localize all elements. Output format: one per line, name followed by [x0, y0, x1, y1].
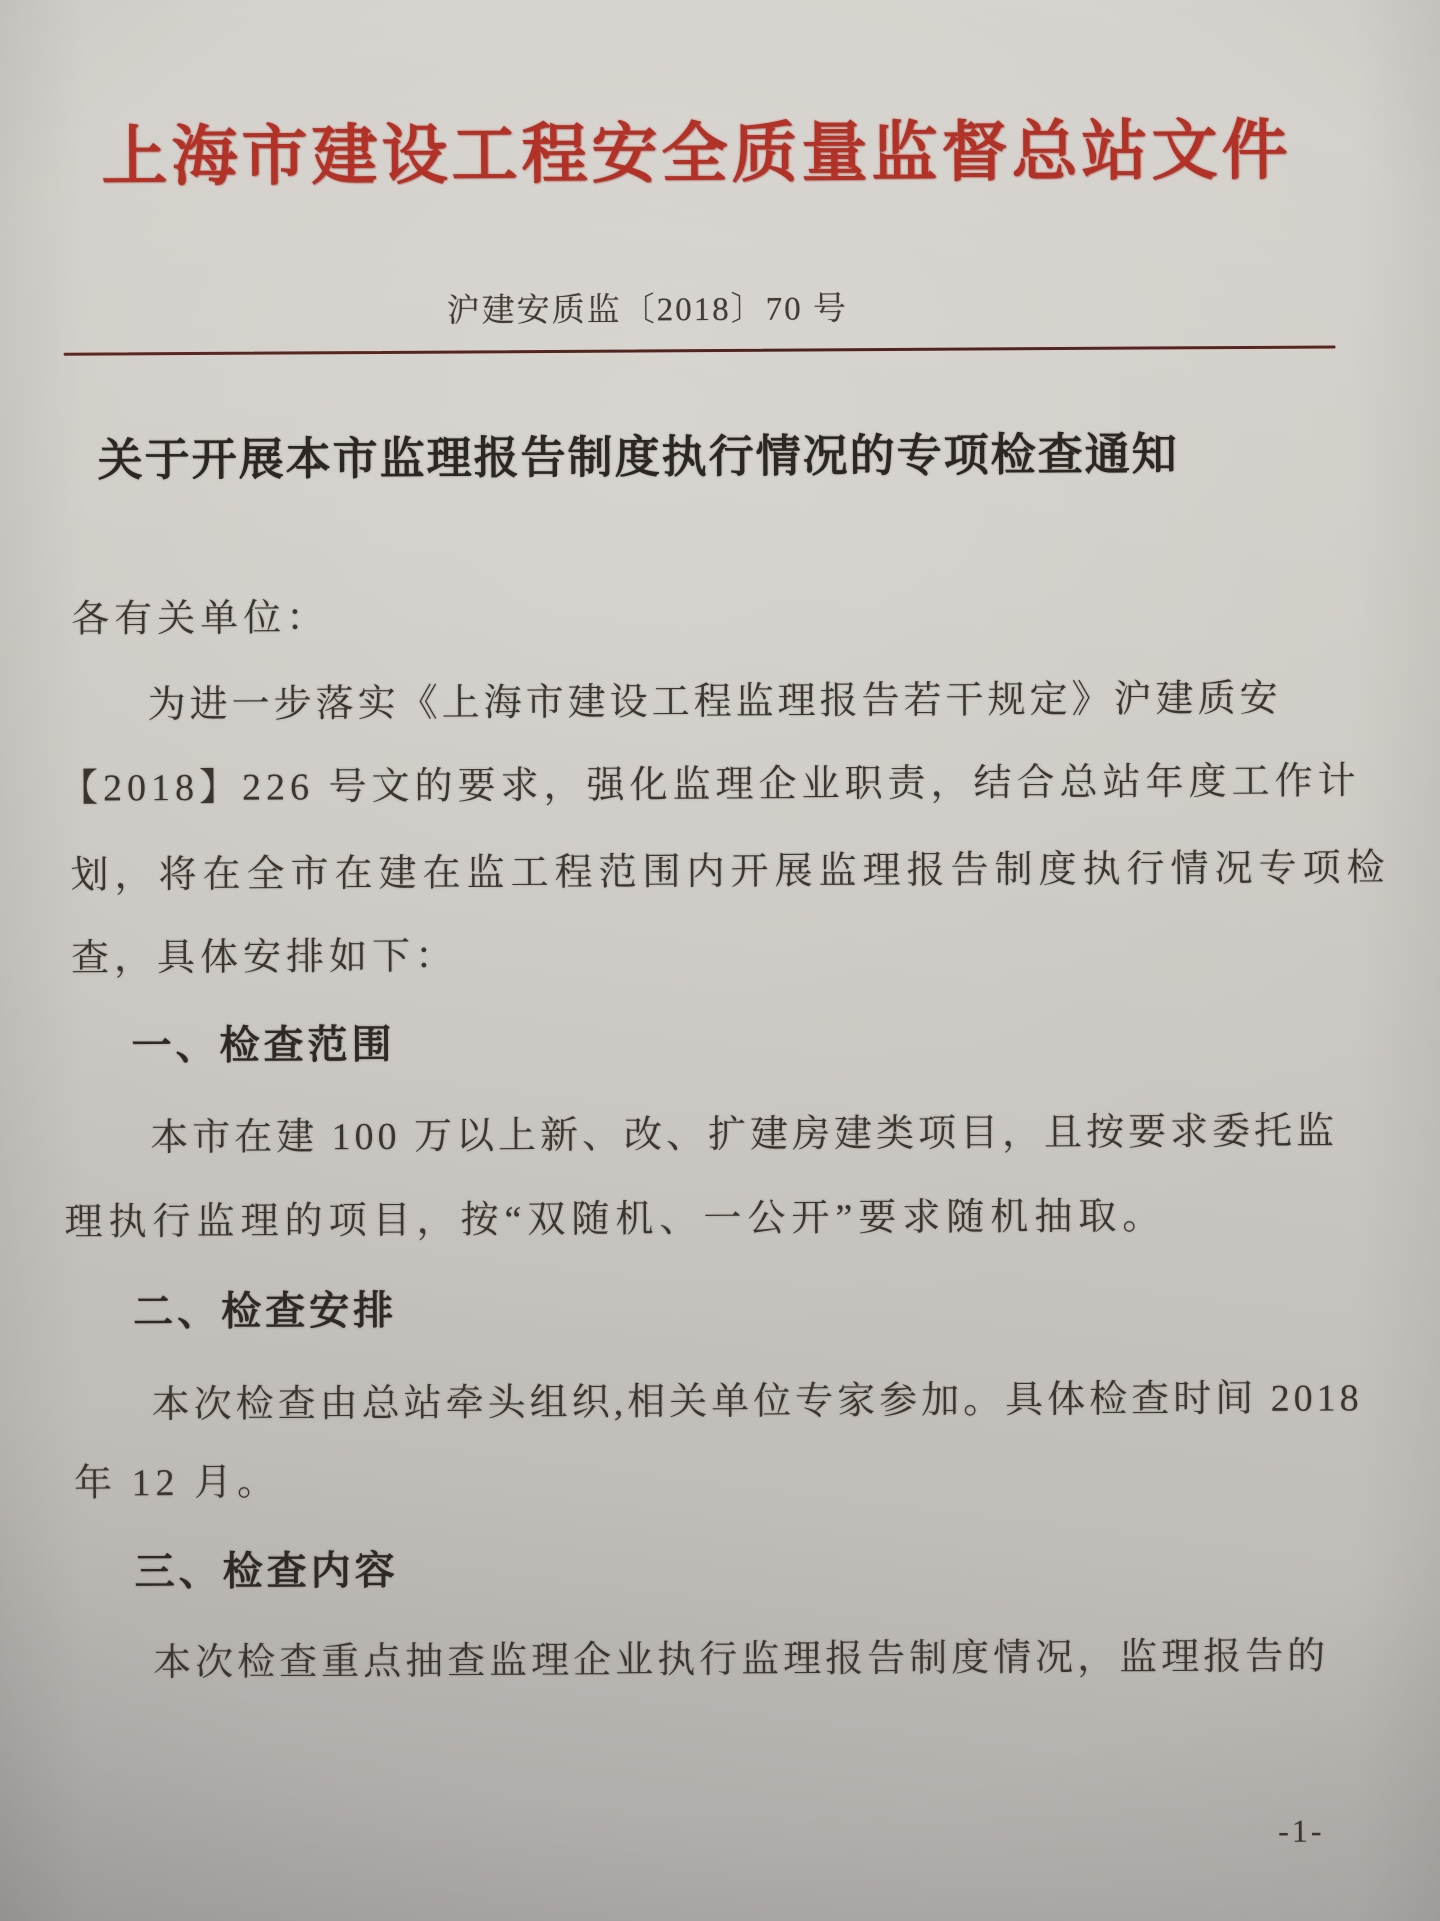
- red-divider-line: [64, 345, 1336, 355]
- section-heading-content: 三、检查内容: [134, 1539, 398, 1598]
- body-line: 本次检查由总站牵头组织,相关单位专家参加。具体检查时间 2018: [151, 1366, 1362, 1428]
- salutation: 各有关单位：: [71, 586, 329, 642]
- header-title: 上海市建设工程安全质量监督总站文件: [101, 97, 1292, 199]
- intro-line: 查，具体安排如下：: [71, 925, 458, 982]
- body-line: 本次检查重点抽查监理企业执行监理报告制度情况，监理报告的: [153, 1625, 1329, 1687]
- document-page: 上海市建设工程安全质量监督总站文件 沪建安质监〔2018〕70 号 关于开展本市…: [0, 0, 1440, 1921]
- document-title: 关于开展本市监理报告制度执行情况的专项检查通知: [97, 417, 1178, 488]
- scanned-document-photo: 上海市建设工程安全质量监督总站文件 沪建安质监〔2018〕70 号 关于开展本市…: [0, 0, 1440, 1921]
- section-heading-arrangement: 二、检查安排: [133, 1279, 397, 1338]
- doc-number: 沪建安质监〔2018〕70 号: [447, 282, 849, 331]
- intro-line: 【2018】226 号文的要求，强化监理企业职责，结合总站年度工作计: [60, 749, 1361, 811]
- body-line: 本市在建 100 万以上新、改、扩建房建类项目，且按要求委托监: [150, 1099, 1338, 1161]
- section-heading-scope: 一、检查范围: [131, 1013, 395, 1072]
- body-line: 年 12 月。: [74, 1451, 280, 1507]
- page-number: -1-: [1278, 1813, 1325, 1850]
- body-line: 理执行监理的项目，按“双随机、一公开”要求随机抽取。: [64, 1184, 1166, 1245]
- intro-line: 为进一步落实《上海市建设工程监理报告若干规定》沪建质安: [147, 667, 1281, 729]
- intro-line: 划，将在全市在建在监工程范围内开展监理报告制度执行情况专项检: [70, 836, 1390, 899]
